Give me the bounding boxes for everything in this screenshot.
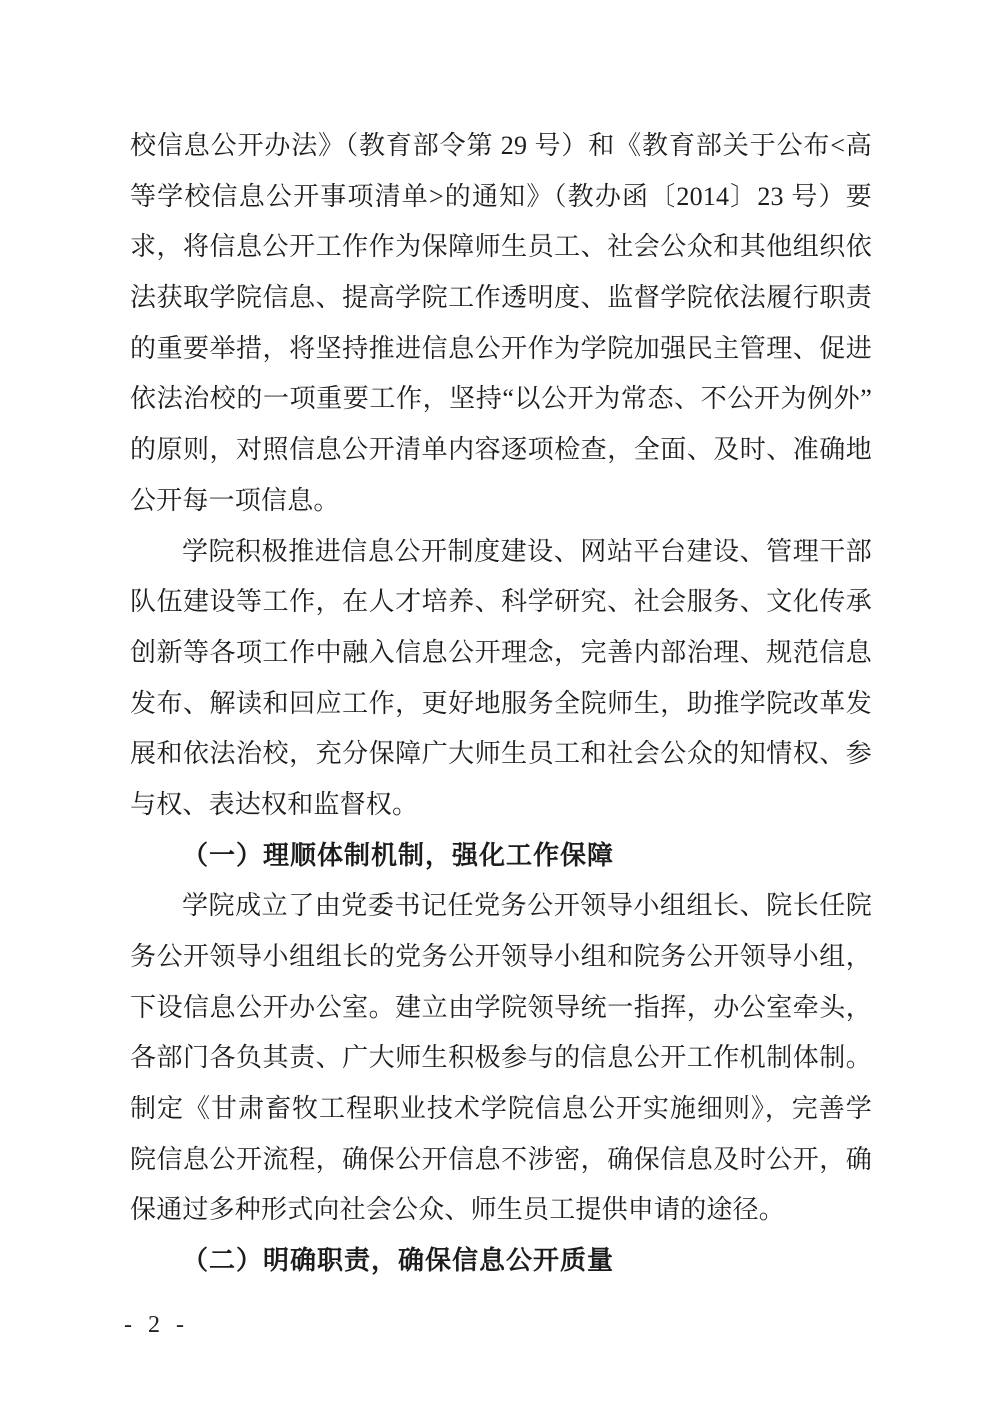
text-line: 展和依法治校，充分保障广大师生员工和社会公众的知情权、参	[130, 729, 872, 780]
text-line: 学院成立了由党委书记任党务公开领导小组组长、院长任院	[130, 881, 872, 932]
section-heading: （二）明确职责，确保信息公开质量	[130, 1236, 872, 1287]
text-line: 创新等各项工作中融入信息公开理念，完善内部治理、规范信息	[130, 628, 872, 679]
text-line: 院信息公开流程，确保公开信息不涉密，确保信息及时公开，确	[130, 1135, 872, 1186]
text-line: 求，将信息公开工作作为保障师生员工、社会公众和其他组织依	[130, 222, 872, 273]
text-line: 的原则，对照信息公开清单内容逐项检查，全面、及时、准确地	[130, 425, 872, 476]
text-line: 的重要举措，将坚持推进信息公开作为学院加强民主管理、促进	[130, 324, 872, 375]
text-line: 与权、表达权和监督权。	[130, 780, 872, 831]
text-line: 校信息公开办法》（教育部令第 29 号）和《教育部关于公布<高	[130, 121, 872, 172]
text-line: 等学校信息公开事项清单>的通知》（教办函〔2014〕23 号）要	[130, 172, 872, 223]
document-body: 校信息公开办法》（教育部令第 29 号）和《教育部关于公布<高 等学校信息公开事…	[130, 121, 872, 1287]
text-line: 公开每一项信息。	[130, 476, 872, 527]
page-number: - 2 -	[124, 1308, 189, 1342]
text-line: 法获取学院信息、提高学院工作透明度、监督学院依法履行职责	[130, 273, 872, 324]
document-page: 校信息公开办法》（教育部令第 29 号）和《教育部关于公布<高 等学校信息公开事…	[0, 0, 1000, 1414]
section-heading: （一）理顺体制机制，强化工作保障	[130, 831, 872, 882]
text-line: 发布、解读和回应工作，更好地服务全院师生，助推学院改革发	[130, 679, 872, 730]
text-line: 制定《甘肃畜牧工程职业技术学院信息公开实施细则》，完善学	[130, 1084, 872, 1135]
text-line: 队伍建设等工作，在人才培养、科学研究、社会服务、文化传承	[130, 577, 872, 628]
text-line: 各部门各负其责、广大师生积极参与的信息公开工作机制体制。	[130, 1033, 872, 1084]
text-line: 务公开领导小组组长的党务公开领导小组和院务公开领导小组，	[130, 932, 872, 983]
text-line: 学院积极推进信息公开制度建设、网站平台建设、管理干部	[130, 527, 872, 578]
text-line: 依法治校的一项重要工作，坚持“以公开为常态、不公开为例外”	[130, 374, 872, 425]
text-line: 保通过多种形式向社会公众、师生员工提供申请的途径。	[130, 1185, 872, 1236]
text-line: 下设信息公开办公室。建立由学院领导统一指挥，办公室牵头，	[130, 983, 872, 1034]
